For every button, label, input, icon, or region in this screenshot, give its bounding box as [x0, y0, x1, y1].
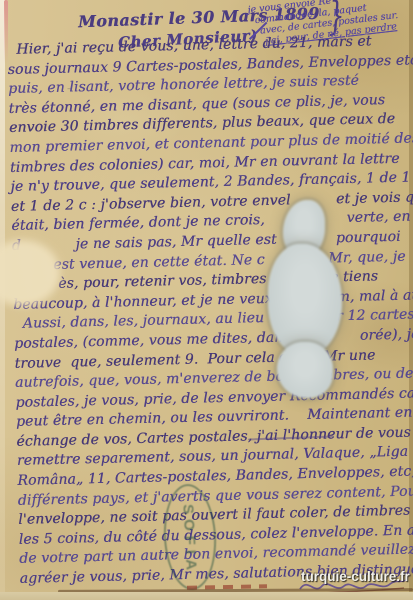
postcard-letter-scan: – – · – Monastir le 30 Mars 1899 } Cher … — [0, 0, 413, 600]
hole-blob-bottom — [277, 342, 333, 398]
postmark-text: SOFIA — [180, 499, 201, 576]
scan-bottom-strip — [0, 592, 413, 600]
hole-blob-middle — [268, 244, 342, 356]
site-watermark: turquie-culture.fr — [301, 569, 410, 584]
